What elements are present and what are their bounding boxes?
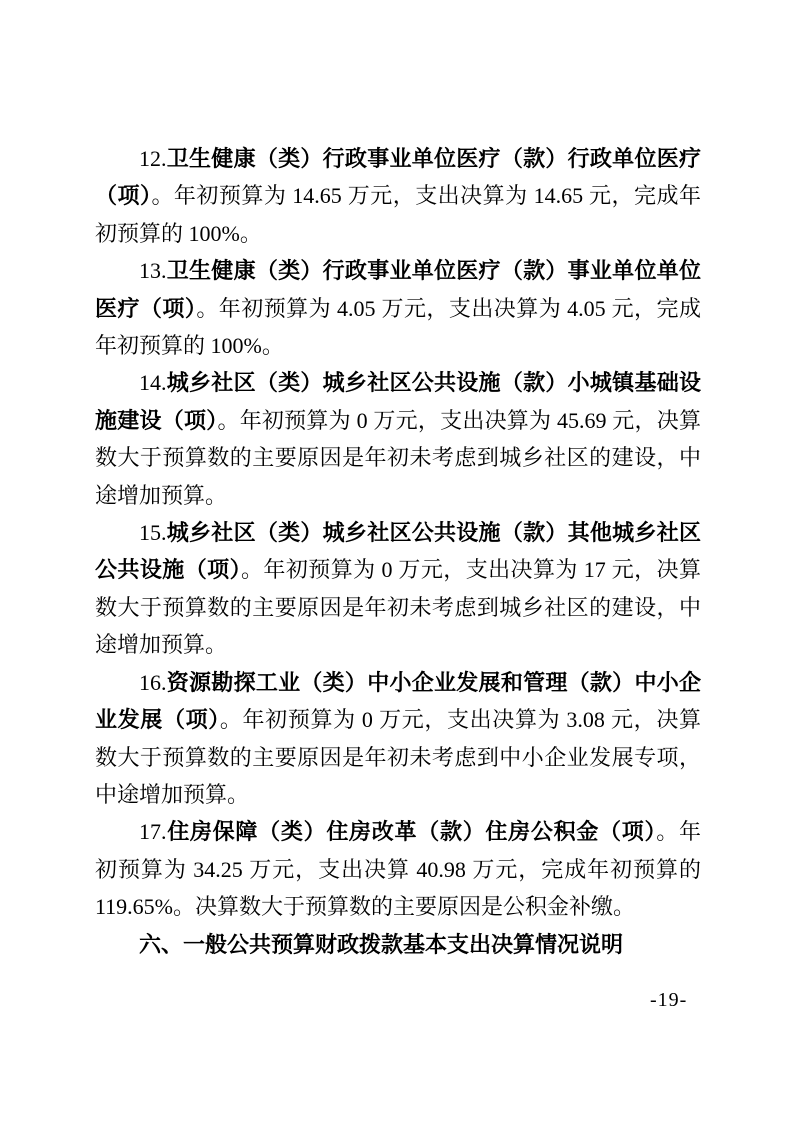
budget-item-paragraph-14: 14.城乡社区（类）城乡社区公共设施（款）小城镇基础设施建设（项）。年初预算为 … (95, 364, 701, 514)
item-number: 14. (139, 370, 167, 395)
page-number: -19- (650, 988, 687, 1012)
item-body: 。年初预算为 14.65 万元，支出决算为 14.65 元，完成年初预算的 10… (95, 183, 701, 245)
budget-item-paragraph-13: 13.卫生健康（类）行政事业单位医疗（款）事业单位单位医疗（项）。年初预算为 4… (95, 252, 701, 364)
budget-item-paragraph-16: 16.资源勘探工业（类）中小企业发展和管理（款）中小企业发展（项）。年初预算为 … (95, 664, 701, 814)
item-number: 16. (139, 670, 167, 695)
item-number: 12. (139, 146, 167, 171)
item-number: 17. (139, 819, 167, 844)
item-title: 住房保障（类）住房改革（款）住房公积金（项） (167, 819, 657, 844)
document-page: 12.卫生健康（类）行政事业单位医疗（款）行政单位医疗（项）。年初预算为 14.… (0, 0, 793, 1122)
section-heading: 六、一般公共预算财政拨款基本支出决算情况说明 (95, 926, 701, 963)
budget-item-paragraph-12: 12.卫生健康（类）行政事业单位医疗（款）行政单位医疗（项）。年初预算为 14.… (95, 140, 701, 252)
budget-item-paragraph-17: 17.住房保障（类）住房改革（款）住房公积金（项）。年初预算为 34.25 万元… (95, 813, 701, 925)
item-number: 13. (139, 258, 167, 283)
item-number: 15. (139, 520, 167, 545)
budget-item-paragraph-15: 15.城乡社区（类）城乡社区公共设施（款）其他城乡社区公共设施（项）。年初预算为… (95, 514, 701, 664)
document-body: 12.卫生健康（类）行政事业单位医疗（款）行政单位医疗（项）。年初预算为 14.… (95, 140, 701, 963)
